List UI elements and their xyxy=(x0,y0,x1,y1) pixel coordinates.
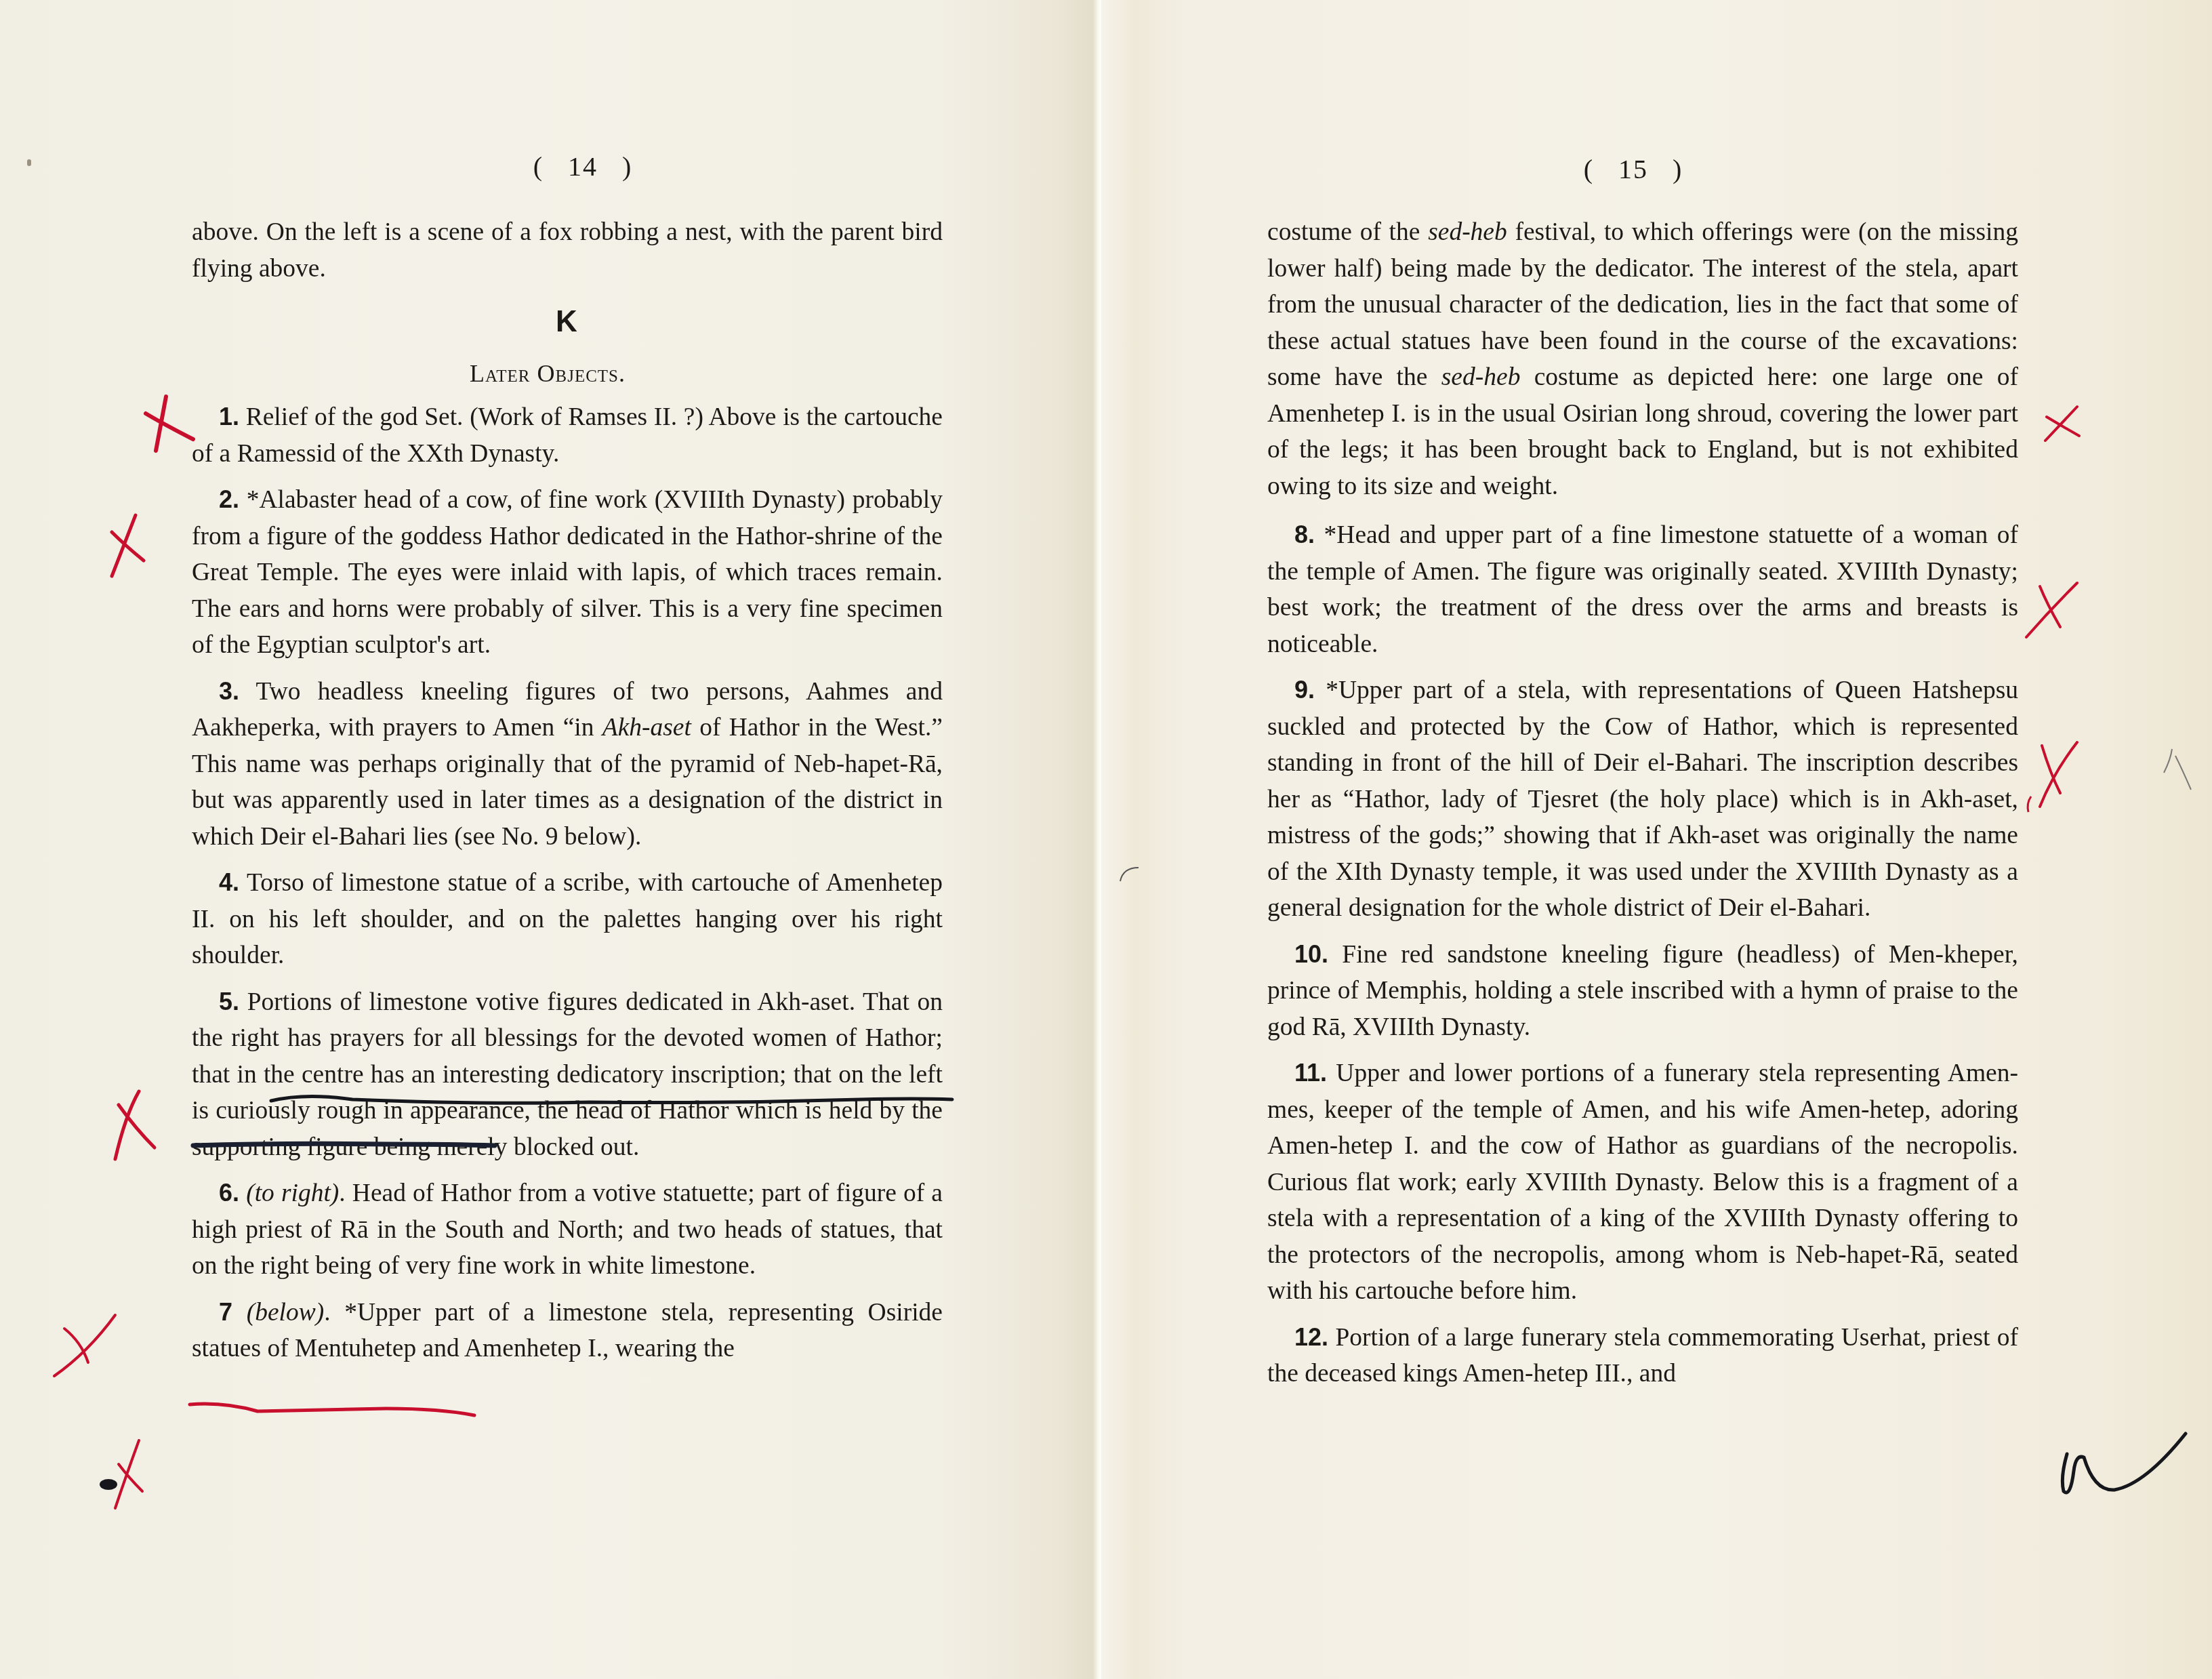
item-text: Torso of limestone statue of a scribe, w… xyxy=(192,869,943,969)
left-page: ( 14 ) above. On the left is a scene of … xyxy=(0,0,1101,1679)
red-x-mark-icon xyxy=(2023,580,2084,641)
ink-speck xyxy=(27,159,31,166)
left-page-continuation: above. On the left is a scene of a fox r… xyxy=(192,214,943,287)
underlined-passage: work in white limestone xyxy=(503,1252,749,1280)
item-8: 8. *Head and upper part of a fine limest… xyxy=(1267,517,2018,662)
item-text: Portions of limestone votive figures ded… xyxy=(247,988,863,1016)
italic-term: sed-heb xyxy=(1428,218,1507,246)
item-number: 7 xyxy=(219,1298,232,1326)
item-number: 2. xyxy=(219,485,239,513)
item-number: 10. xyxy=(1294,940,1328,968)
item-12: 12. Portion of a large funerary stela co… xyxy=(1267,1319,2018,1392)
item-number: 12. xyxy=(1294,1323,1328,1351)
item-2: 2. *Alabaster head of a cow, of fine wor… xyxy=(192,481,943,664)
item-6: 6. (to right). Head of Hathor from a vot… xyxy=(192,1175,943,1284)
page-number-15: ( 15 ) xyxy=(1552,153,1715,185)
red-x-mark-icon xyxy=(2023,739,2084,813)
item-number: 6. xyxy=(219,1179,239,1207)
red-x-mark-icon xyxy=(2040,403,2087,444)
item-4: 4. Torso of limestone statue of a scribe… xyxy=(192,864,943,974)
section-title: Later Objects. xyxy=(470,359,626,388)
text: costume of the xyxy=(1267,218,1428,246)
red-x-mark-icon xyxy=(75,1437,156,1512)
item-text: Portion of a large funerary stela commem… xyxy=(1267,1324,2018,1388)
continuation-text: costume of the sed-heb festival, to whic… xyxy=(1267,214,2018,504)
item-9: 9. *Upper part of a stela, with represen… xyxy=(1267,672,2018,927)
red-x-mark-icon xyxy=(102,1088,169,1162)
item-text: Upper and lower portions of a funerary s… xyxy=(1267,1059,2018,1305)
item-text: Fine red sandstone kneeling figure (head… xyxy=(1267,941,2018,1041)
item-text: *Upper part of a stela, with representat… xyxy=(1267,676,2018,922)
item-italic: (below) xyxy=(247,1299,325,1327)
item-10: 10. Fine red sandstone kneeling figure (… xyxy=(1267,936,2018,1046)
item-7: 7 (below). *Upper part of a limestone st… xyxy=(192,1294,943,1367)
right-page-continuation: costume of the sed-heb festival, to whic… xyxy=(1267,214,2018,1392)
black-squiggle-mark xyxy=(2057,1423,2192,1505)
item-number: 1. xyxy=(219,403,239,430)
italic-term: sed-heb xyxy=(1441,363,1521,391)
item-text: Relief of the god Set. (Work of Ramses I… xyxy=(192,403,943,468)
continuation-text: above. On the left is a scene of a fox r… xyxy=(192,214,943,287)
item-number: 5. xyxy=(219,988,239,1015)
pencil-mark-icon xyxy=(2158,746,2199,800)
item-italic: (to right) xyxy=(246,1179,339,1207)
pencil-mark-icon xyxy=(1115,864,1142,885)
item-3: 3. Two headless kneeling figures of two … xyxy=(192,673,943,855)
left-page-items: 1. Relief of the god Set. (Work of Ramse… xyxy=(192,399,943,1367)
red-x-mark-icon xyxy=(47,1312,122,1379)
item-1: 1. Relief of the god Set. (Work of Ramse… xyxy=(192,399,943,472)
item-11: 11. Upper and lower portions of a funera… xyxy=(1267,1055,2018,1310)
page-number-14: ( 14 ) xyxy=(501,150,664,182)
item-number: 3. xyxy=(219,677,239,705)
item-italic: Akh-aset xyxy=(602,714,691,742)
section-letter: K xyxy=(556,305,577,339)
item-text: . xyxy=(750,1252,756,1280)
item-text: *Head and upper part of a fine limestone… xyxy=(1267,521,2018,658)
right-page: ( 15 ) costume of the sed-heb festival, … xyxy=(1101,0,2212,1679)
red-underline-mark xyxy=(183,1396,495,1423)
item-text: *Alabaster head of a cow, of fine work (… xyxy=(192,486,943,659)
item-number: 11. xyxy=(1294,1059,1327,1087)
item-number: 8. xyxy=(1294,521,1315,548)
item-number: 9. xyxy=(1294,676,1315,704)
item-5: 5. Portions of limestone votive figures … xyxy=(192,984,943,1166)
red-x-mark-icon xyxy=(102,512,163,580)
item-number: 4. xyxy=(219,868,239,896)
